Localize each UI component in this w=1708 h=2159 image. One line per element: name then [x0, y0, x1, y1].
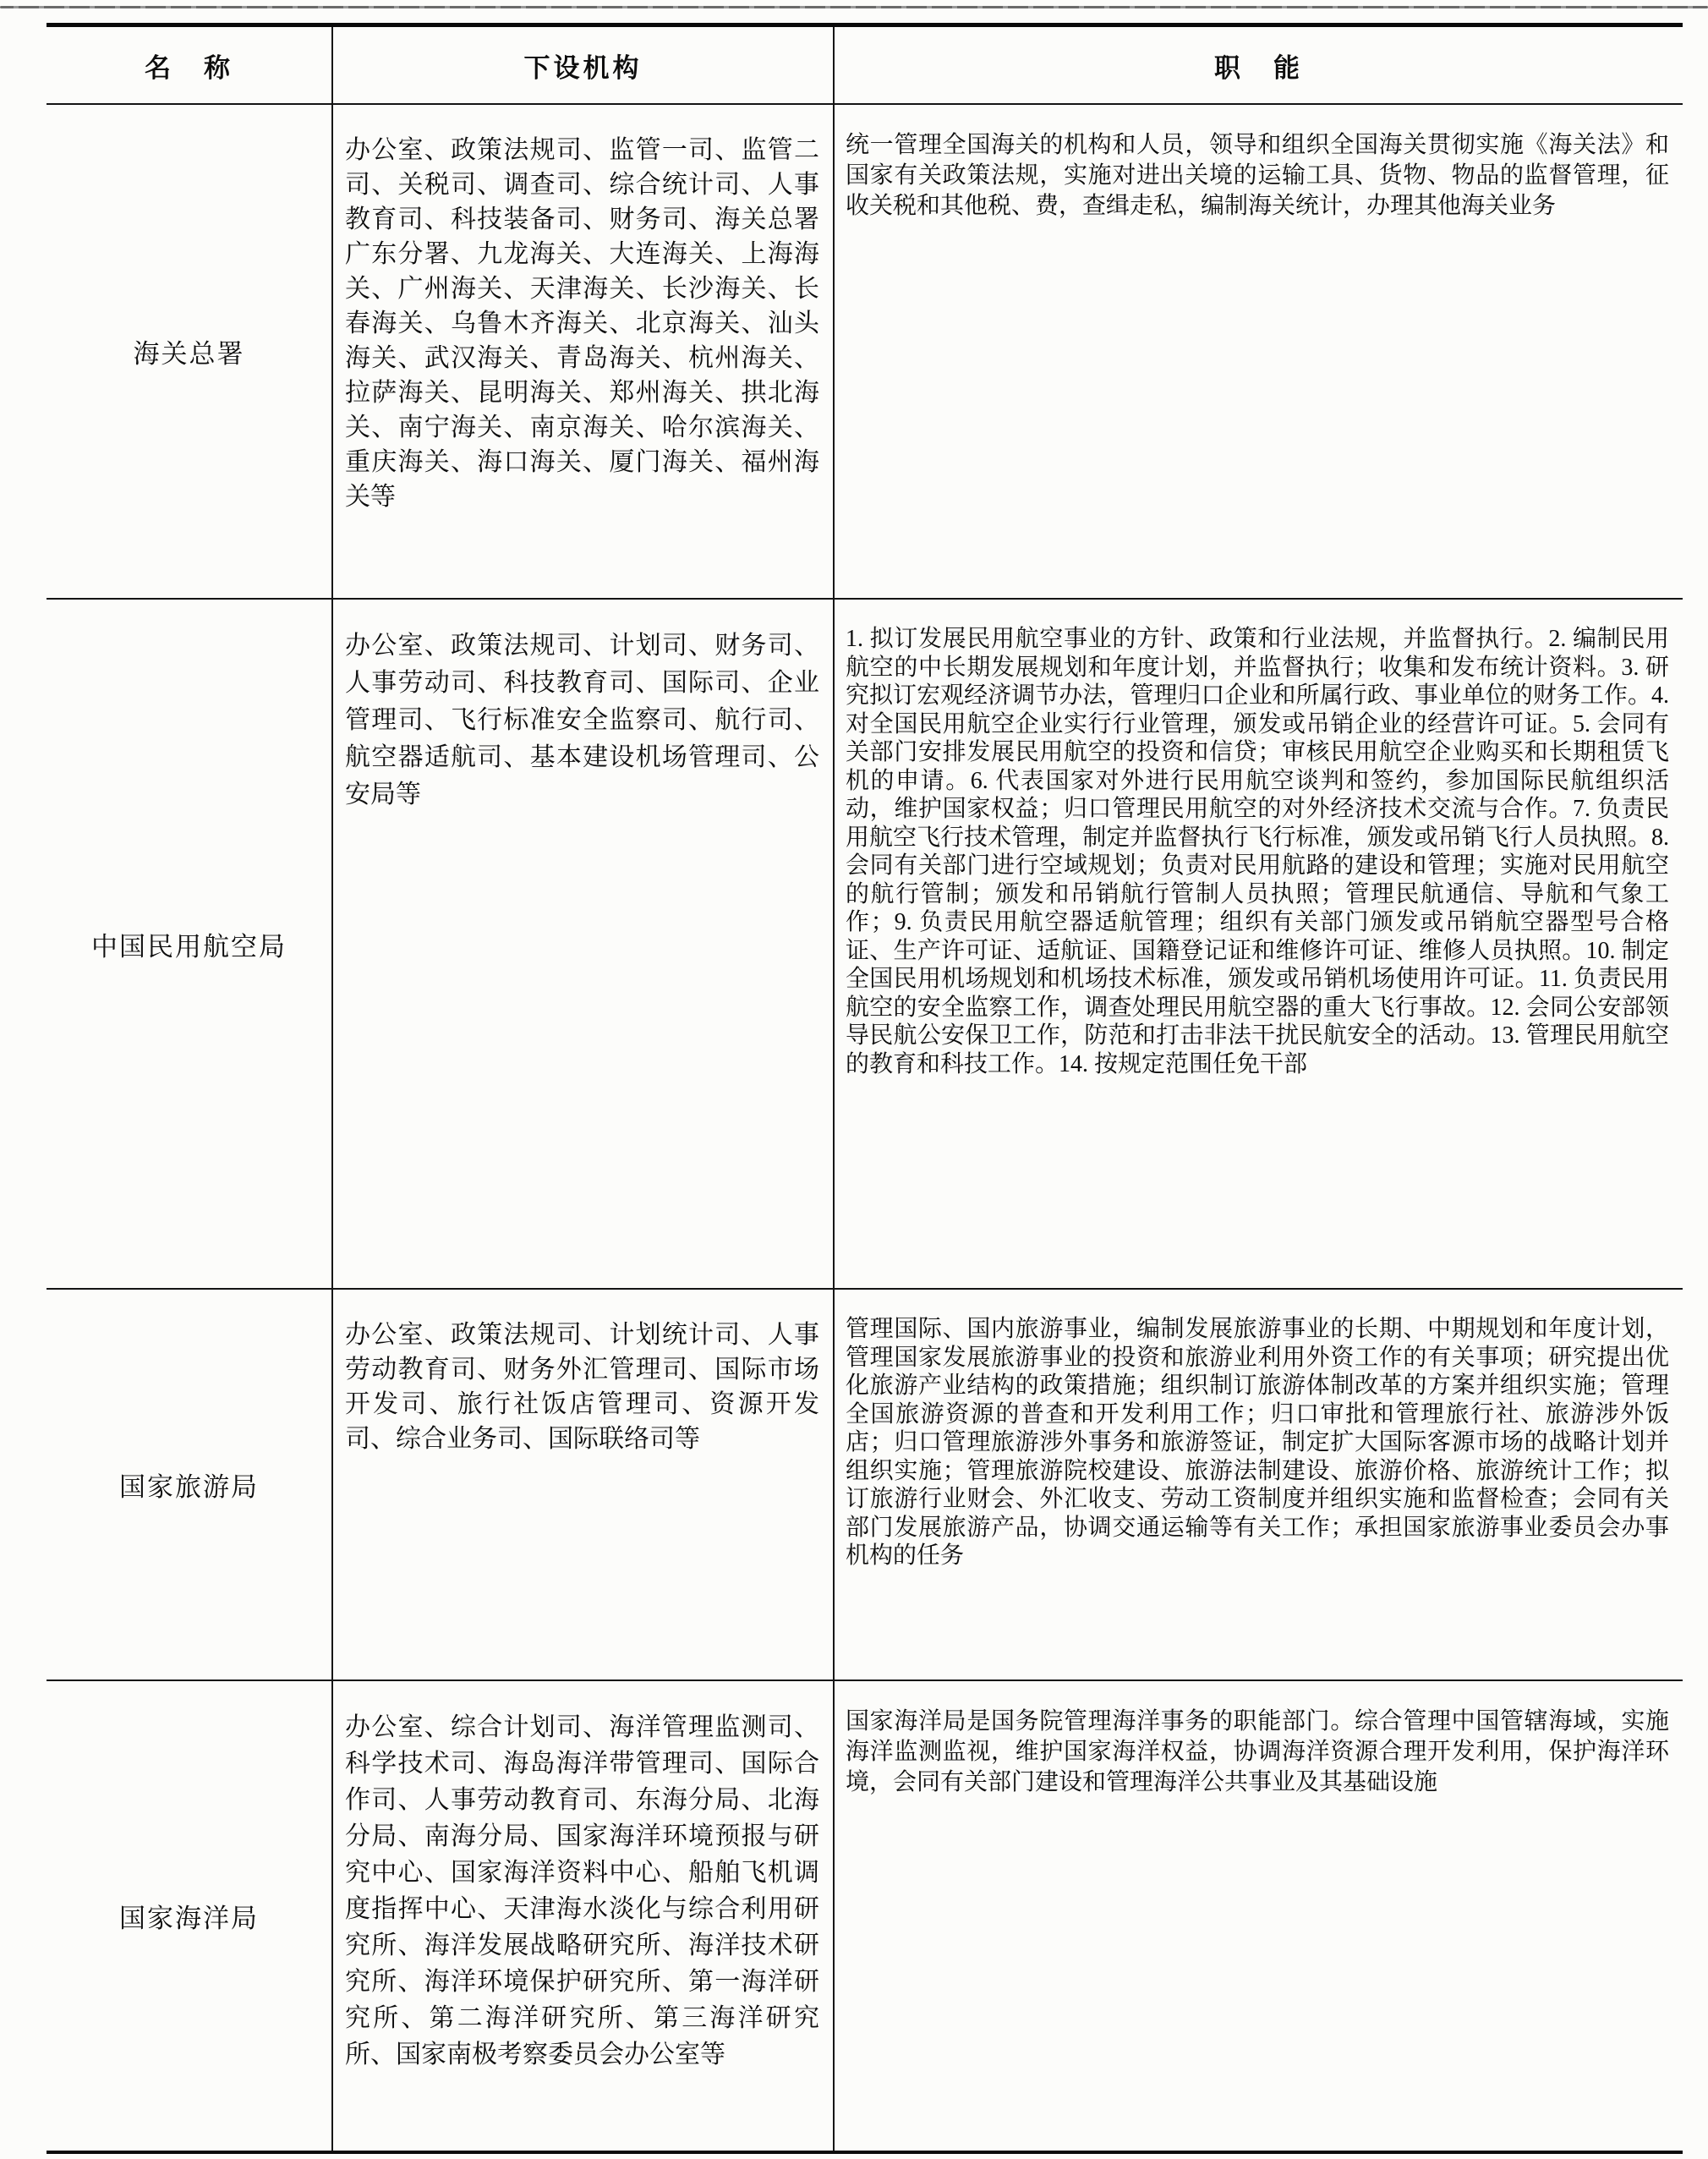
- scan-artifact-line: [0, 6, 1708, 8]
- scanned-document-page: 名 称 下设机构 职 能 海关总署 办公室、政策法规司、监管一司、监管二司、关税…: [0, 0, 1708, 2159]
- org-name-cell: 海关总署: [47, 105, 331, 598]
- functions-cell: 管理国际、国内旅游事业，编制发展旅游事业的长期、中期规划和年度计划，管理国家发展…: [833, 1290, 1683, 1680]
- sub-organs-cell: 办公室、政策法规司、监管一司、监管二司、关税司、调查司、综合统计司、人事教育司、…: [331, 105, 833, 598]
- table-row-civil-aviation: 中国民用航空局 办公室、政策法规司、计划司、财务司、人事劳动司、科技教育司、国际…: [47, 598, 1683, 1288]
- header-organs-column: 下设机构: [331, 27, 833, 103]
- functions-cell: 1. 拟订发展民用航空事业的方针、政策和行业法规，并监督执行。2. 编制民用航空…: [833, 600, 1683, 1288]
- table-row-customs: 海关总署 办公室、政策法规司、监管一司、监管二司、关税司、调查司、综合统计司、人…: [47, 105, 1683, 598]
- table-row-oceanic: 国家海洋局 办公室、综合计划司、海洋管理监测司、科学技术司、海岛海洋带管理司、国…: [47, 1680, 1683, 2151]
- table-header-row: 名 称 下设机构 职 能: [47, 27, 1683, 105]
- header-name-column: 名 称: [47, 27, 331, 103]
- functions-cell: 国家海洋局是国务院管理海洋事务的职能部门。综合管理中国管辖海域，实施海洋监测监视…: [833, 1681, 1683, 2151]
- org-name-cell: 国家旅游局: [47, 1290, 331, 1680]
- sub-organs-cell: 办公室、政策法规司、计划司、财务司、人事劳动司、科技教育司、国际司、企业管理司、…: [331, 600, 833, 1288]
- header-functions-column: 职 能: [833, 27, 1683, 103]
- sub-organs-cell: 办公室、政策法规司、计划统计司、人事劳动教育司、财务外汇管理司、国际市场开发司、…: [331, 1290, 833, 1680]
- sub-organs-cell: 办公室、综合计划司、海洋管理监测司、科学技术司、海岛海洋带管理司、国际合作司、人…: [331, 1681, 833, 2151]
- org-name-cell: 中国民用航空局: [47, 600, 331, 1288]
- functions-cell: 统一管理全国海关的机构和人员，领导和组织全国海关贯彻实施《海关法》和国家有关政策…: [833, 105, 1683, 598]
- org-name-cell: 国家海洋局: [47, 1681, 331, 2151]
- table-row-tourism: 国家旅游局 办公室、政策法规司、计划统计司、人事劳动教育司、财务外汇管理司、国际…: [47, 1288, 1683, 1680]
- government-agencies-table: 名 称 下设机构 职 能 海关总署 办公室、政策法规司、监管一司、监管二司、关税…: [47, 23, 1683, 2154]
